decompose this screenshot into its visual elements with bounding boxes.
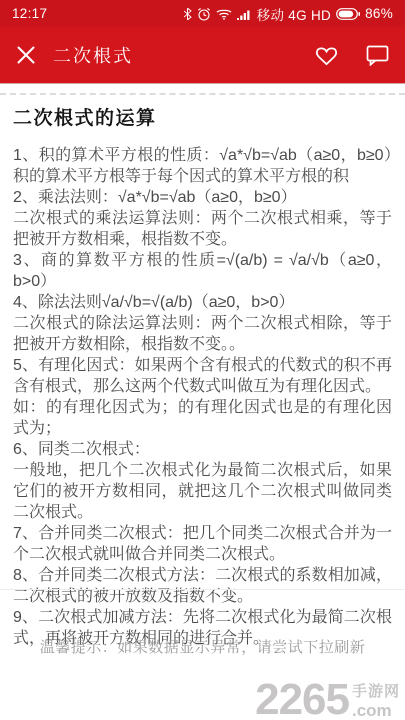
carrier-network-label: 移动 4G HD <box>257 4 331 24</box>
phone-screen: 12:17 <box>0 0 405 720</box>
article-title: 二次根式的运算 <box>13 103 392 130</box>
battery-icon <box>336 8 360 20</box>
heart-icon[interactable] <box>314 44 339 67</box>
article-paragraph: 5、有理化因式：如果两个含有根式的代数式的积不再含有根式，那么这两个代数式叫做互… <box>13 355 392 397</box>
battery-percent-label: 86% <box>365 6 393 21</box>
watermark: 2265 手游网 .com <box>255 680 400 718</box>
refresh-tip: 温馨提示：如果数据显示异常，请尝试下拉刷新 <box>0 636 405 657</box>
article-paragraph: 一般地，把几个二次根式化为最简二次根式后，如果它们的被开方数相同，就把这几个二次… <box>13 460 392 523</box>
article-body: 1、积的算术平方根的性质：√a*√b=√ab（a≥0，b≥0）积的算术平方根等于… <box>13 145 392 649</box>
watermark-site: 手游网 <box>352 680 400 701</box>
app-bar: 二次根式 <box>0 27 405 83</box>
article-paragraph: 如：的有理化因式为；的有理化因式也是的有理化因式为； <box>13 397 392 439</box>
alarm-icon <box>197 7 211 21</box>
status-bar: 12:17 <box>0 0 405 27</box>
watermark-domain: .com <box>352 703 392 718</box>
article-paragraph: 3、商的算数平方根的性质=√(a/b) = √a/√b（a≥0，b>0） <box>13 250 392 292</box>
wifi-icon <box>216 8 232 20</box>
watermark-number: 2265 <box>255 682 349 718</box>
footer-divider <box>0 589 405 590</box>
article-scroll-area[interactable]: 二次根式的运算 1、积的算术平方根的性质：√a*√b=√ab（a≥0，b≥0）积… <box>0 93 405 649</box>
article-paragraph: 4、除法法则√a/√b=√(a/b)（a≥0，b>0） <box>13 292 392 313</box>
status-indicators: 移动 4G HD 86% <box>183 4 393 24</box>
article-paragraph: 二次根式的乘法运算法则：两个二次根式相乘，等于把被开方数相乘，根指数不变。 <box>13 208 392 250</box>
status-time: 12:17 <box>12 6 47 21</box>
page-title-bar: 二次根式 <box>53 42 133 68</box>
chat-icon[interactable] <box>366 45 389 66</box>
article-paragraph: 8、合并同类二次根式方法：二次根式的系数相加减，二次根式的被开放数及指数不变。 <box>13 565 392 607</box>
dashed-divider <box>0 93 405 95</box>
article-paragraph: 7、合并同类二次根式：把几个同类二次根式合并为一个二次根式就叫做合并同类二次根式… <box>13 523 392 565</box>
article-paragraph: 二次根式的除法运算法则：两个二次根式相除，等于把被开方数相除，根指数不变。。 <box>13 313 392 355</box>
signal-icon <box>237 8 252 20</box>
close-icon[interactable] <box>16 45 36 65</box>
bluetooth-icon <box>183 7 192 21</box>
article-paragraph: 2、乘法法则：√a*√b=√ab（a≥0，b≥0） <box>13 187 392 208</box>
article-paragraph: 6、同类二次根式： <box>13 439 392 460</box>
article-paragraph: 1、积的算术平方根的性质：√a*√b=√ab（a≥0，b≥0）积的算术平方根等于… <box>13 145 392 187</box>
